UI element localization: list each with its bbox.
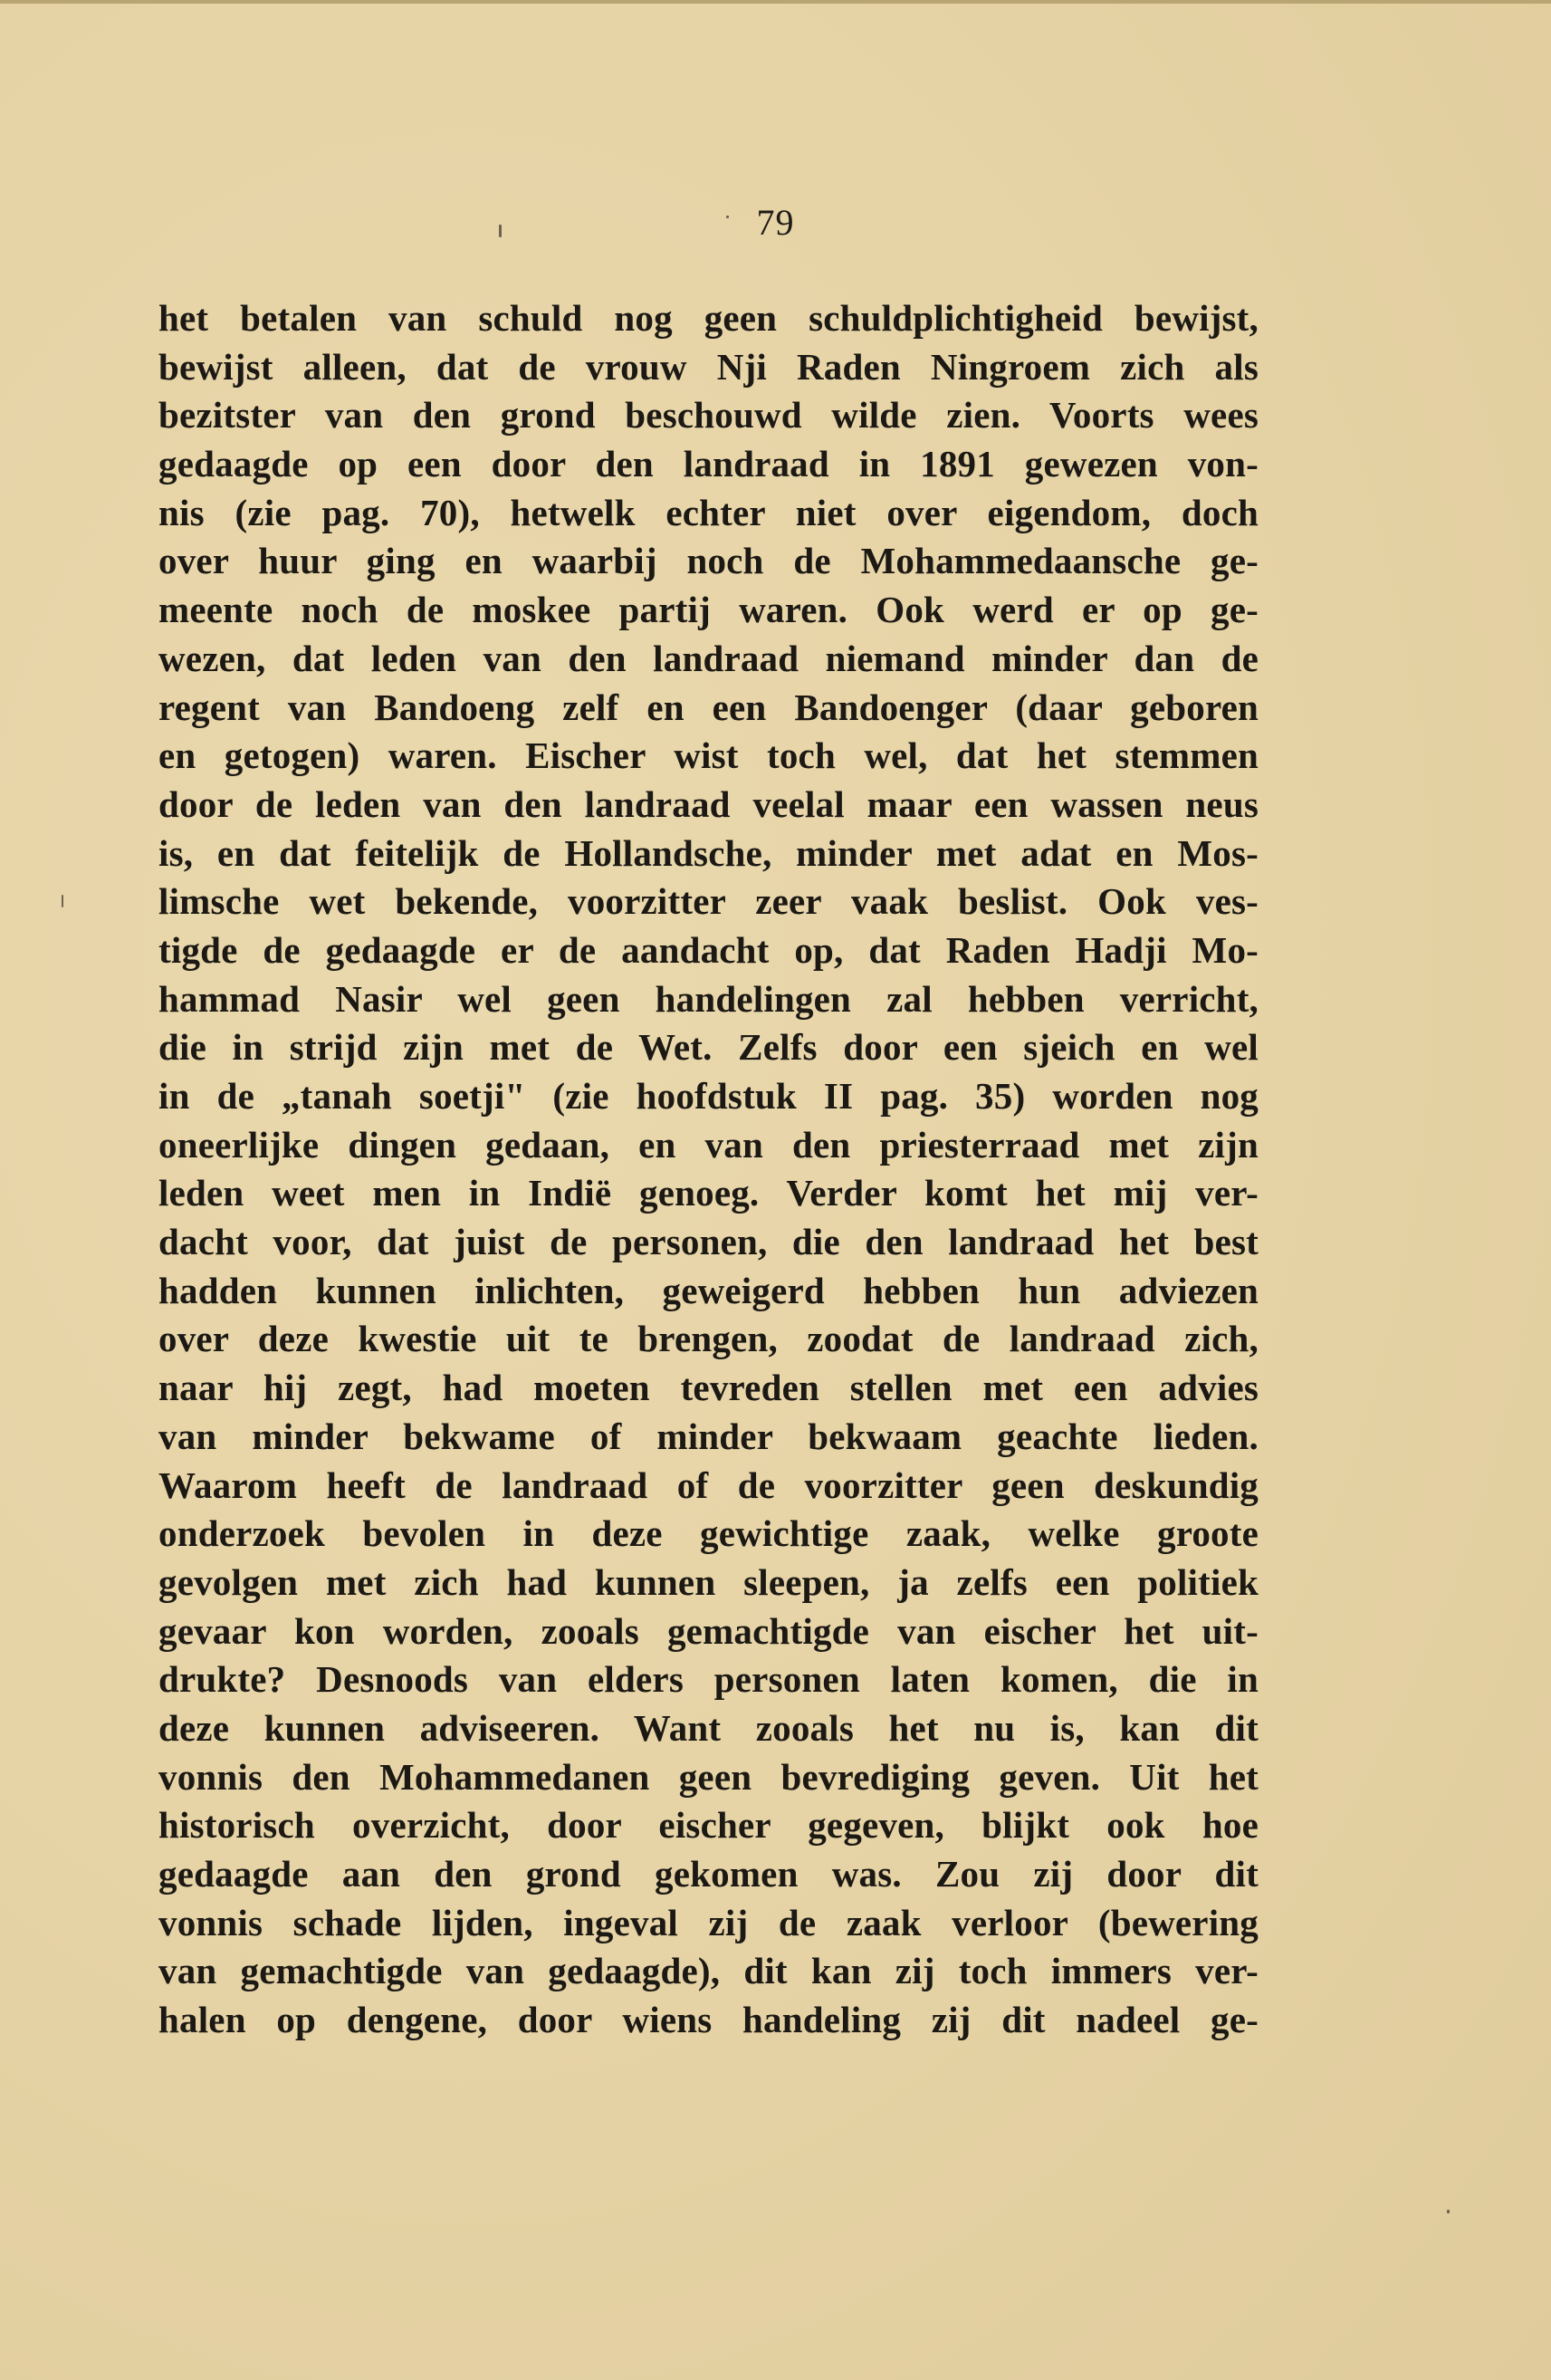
text-line: vonnis schade lijden, ingeval zij de zaa… <box>158 1899 1259 1948</box>
text-line: die in strijd zijn met de Wet. Zelfs doo… <box>158 1023 1259 1072</box>
text-line: tigde de gedaagde er de aandacht op, dat… <box>158 926 1259 975</box>
text-line: oneerlijke dingen gedaan, en van den pri… <box>158 1121 1259 1170</box>
page-top-edge <box>0 0 1551 4</box>
paper-speck <box>1447 2210 1450 2213</box>
text-line: historisch overzicht, door eischer gegev… <box>158 1801 1259 1850</box>
text-line: onderzoek bevolen in deze gewichtige zaa… <box>158 1510 1259 1559</box>
text-line: gedaagde op een door den landraad in 189… <box>158 440 1259 489</box>
paper-speck <box>62 895 63 907</box>
text-line: en getogen) waren. Eischer wist toch wel… <box>158 732 1259 781</box>
text-line: in de „tanah soetji" (zie hoofdstuk II p… <box>158 1072 1259 1121</box>
text-line: van gemachtigde van gedaagde), dit kan z… <box>158 1947 1259 1996</box>
text-line: over deze kwestie uit te brengen, zoodat… <box>158 1315 1259 1364</box>
text-line: dacht voor, dat juist de personen, die d… <box>158 1218 1259 1267</box>
text-line: hammad Nasir wel geen handelingen zal he… <box>158 975 1259 1024</box>
text-line: door de leden van den landraad veelal ma… <box>158 781 1259 830</box>
text-line: leden weet men in Indië genoeg. Verder k… <box>158 1169 1259 1218</box>
text-line: regent van Bandoeng zelf en een Bandoeng… <box>158 684 1259 733</box>
text-line: van minder bekwame of minder bekwaam gea… <box>158 1413 1259 1462</box>
text-line: deze kunnen adviseeren. Want zooals het … <box>158 1704 1259 1753</box>
text-line: hadden kunnen inlichten, geweigerd hebbe… <box>158 1267 1259 1316</box>
text-line: over huur ging en waarbij noch de Mohamm… <box>158 537 1259 586</box>
text-line: vonnis den Mohammedanen geen bevrediging… <box>158 1753 1259 1802</box>
text-line: Waarom heeft de landraad of de voorzitte… <box>158 1462 1259 1511</box>
text-line: limsche wet bekende, voorzitter zeer vaa… <box>158 878 1259 926</box>
text-line: wezen, dat leden van den landraad nieman… <box>158 635 1259 684</box>
text-line: gedaagde aan den grond gekomen was. Zou … <box>158 1850 1259 1899</box>
text-line: meente noch de moskee partij waren. Ook … <box>158 586 1259 635</box>
text-line: gevolgen met zich had kunnen sleepen, ja… <box>158 1559 1259 1607</box>
body-text: het betalen van schuld nog geen schuldpl… <box>158 294 1259 2045</box>
text-line: nis (zie pag. 70), hetwelk echter niet o… <box>158 489 1259 538</box>
text-line: drukte? Desnoods van elders personen lat… <box>158 1655 1259 1704</box>
page-number: 79 <box>0 201 1551 244</box>
text-line: is, en dat feitelijk de Hollandsche, min… <box>158 830 1259 878</box>
text-line: halen op dengene, door wiens handeling z… <box>158 1996 1259 2045</box>
text-line: bewijst alleen, dat de vrouw Nji Raden N… <box>158 343 1259 392</box>
text-line: gevaar kon worden, zooals gemachtigde va… <box>158 1607 1259 1656</box>
text-line: het betalen van schuld nog geen schuldpl… <box>158 294 1259 343</box>
text-line: bezitster van den grond beschouwd wilde … <box>158 391 1259 440</box>
text-line: naar hij zegt, had moeten tevreden stell… <box>158 1364 1259 1413</box>
